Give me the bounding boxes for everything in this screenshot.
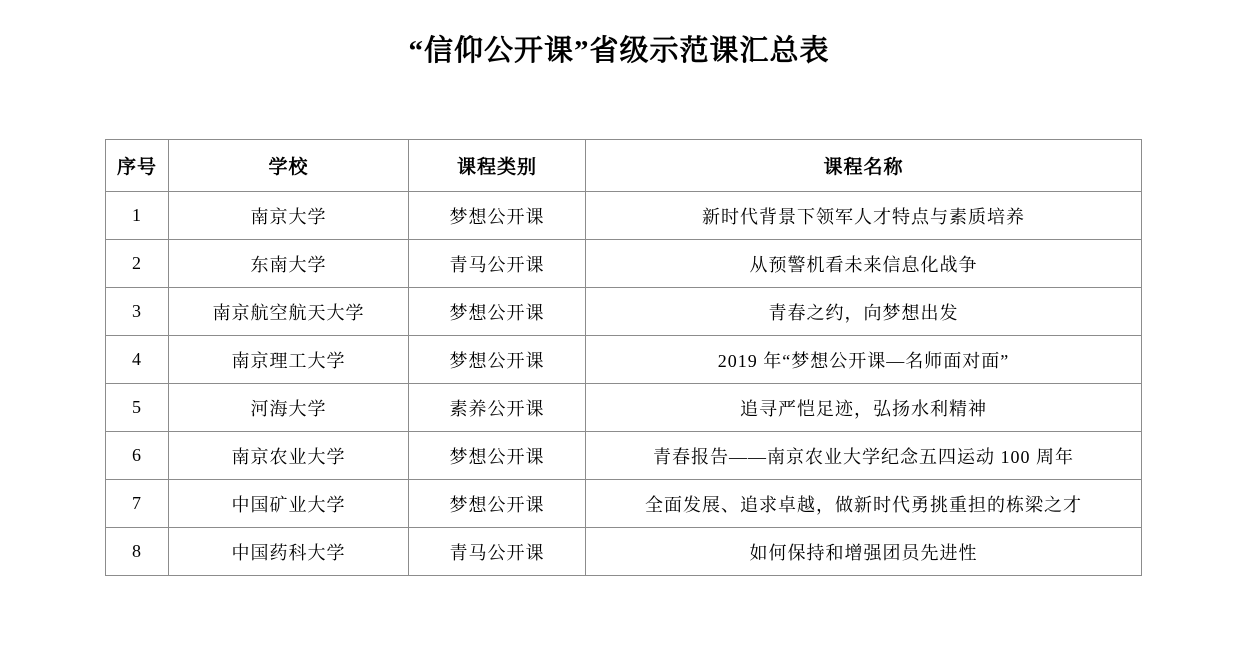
cell-school: 中国药科大学 bbox=[169, 528, 409, 576]
column-header-category: 课程类别 bbox=[409, 140, 586, 192]
table-row: 5 河海大学 素养公开课 追寻严恺足迹，弘扬水利精神 bbox=[106, 384, 1142, 432]
cell-no: 1 bbox=[106, 192, 169, 240]
cell-school: 中国矿业大学 bbox=[169, 480, 409, 528]
cell-no: 3 bbox=[106, 288, 169, 336]
cell-category: 梦想公开课 bbox=[409, 480, 586, 528]
cell-course: 青春之约，向梦想出发 bbox=[586, 288, 1142, 336]
cell-course: 如何保持和增强团员先进性 bbox=[586, 528, 1142, 576]
document-page: “信仰公开课”省级示范课汇总表 序号 学校 课程类别 课程名称 1 南京大学 梦… bbox=[0, 0, 1238, 656]
table-row: 8 中国药科大学 青马公开课 如何保持和增强团员先进性 bbox=[106, 528, 1142, 576]
cell-category: 梦想公开课 bbox=[409, 336, 586, 384]
table-row: 3 南京航空航天大学 梦想公开课 青春之约，向梦想出发 bbox=[106, 288, 1142, 336]
cell-category: 青马公开课 bbox=[409, 240, 586, 288]
cell-no: 4 bbox=[106, 336, 169, 384]
column-header-course: 课程名称 bbox=[586, 140, 1142, 192]
cell-course: 青春报告——南京农业大学纪念五四运动 100 周年 bbox=[586, 432, 1142, 480]
cell-course: 2019 年“梦想公开课—名师面对面” bbox=[586, 336, 1142, 384]
cell-school: 南京大学 bbox=[169, 192, 409, 240]
cell-category: 梦想公开课 bbox=[409, 432, 586, 480]
cell-no: 7 bbox=[106, 480, 169, 528]
cell-no: 8 bbox=[106, 528, 169, 576]
table-row: 7 中国矿业大学 梦想公开课 全面发展、追求卓越，做新时代勇挑重担的栋梁之才 bbox=[106, 480, 1142, 528]
cell-course: 从预警机看未来信息化战争 bbox=[586, 240, 1142, 288]
column-header-no: 序号 bbox=[106, 140, 169, 192]
cell-no: 2 bbox=[106, 240, 169, 288]
cell-category: 素养公开课 bbox=[409, 384, 586, 432]
cell-category: 梦想公开课 bbox=[409, 192, 586, 240]
cell-school: 东南大学 bbox=[169, 240, 409, 288]
cell-school: 南京航空航天大学 bbox=[169, 288, 409, 336]
table-row: 1 南京大学 梦想公开课 新时代背景下领军人才特点与素质培养 bbox=[106, 192, 1142, 240]
cell-school: 南京理工大学 bbox=[169, 336, 409, 384]
column-header-school: 学校 bbox=[169, 140, 409, 192]
cell-school: 河海大学 bbox=[169, 384, 409, 432]
table-row: 4 南京理工大学 梦想公开课 2019 年“梦想公开课—名师面对面” bbox=[106, 336, 1142, 384]
page-title: “信仰公开课”省级示范课汇总表 bbox=[0, 28, 1238, 69]
cell-category: 梦想公开课 bbox=[409, 288, 586, 336]
table-header-row: 序号 学校 课程类别 课程名称 bbox=[106, 140, 1142, 192]
cell-no: 6 bbox=[106, 432, 169, 480]
table-row: 6 南京农业大学 梦想公开课 青春报告——南京农业大学纪念五四运动 100 周年 bbox=[106, 432, 1142, 480]
table-row: 2 东南大学 青马公开课 从预警机看未来信息化战争 bbox=[106, 240, 1142, 288]
summary-table: 序号 学校 课程类别 课程名称 1 南京大学 梦想公开课 新时代背景下领军人才特… bbox=[105, 139, 1142, 576]
cell-category: 青马公开课 bbox=[409, 528, 586, 576]
cell-no: 5 bbox=[106, 384, 169, 432]
cell-course: 新时代背景下领军人才特点与素质培养 bbox=[586, 192, 1142, 240]
cell-course: 全面发展、追求卓越，做新时代勇挑重担的栋梁之才 bbox=[586, 480, 1142, 528]
cell-course: 追寻严恺足迹，弘扬水利精神 bbox=[586, 384, 1142, 432]
cell-school: 南京农业大学 bbox=[169, 432, 409, 480]
